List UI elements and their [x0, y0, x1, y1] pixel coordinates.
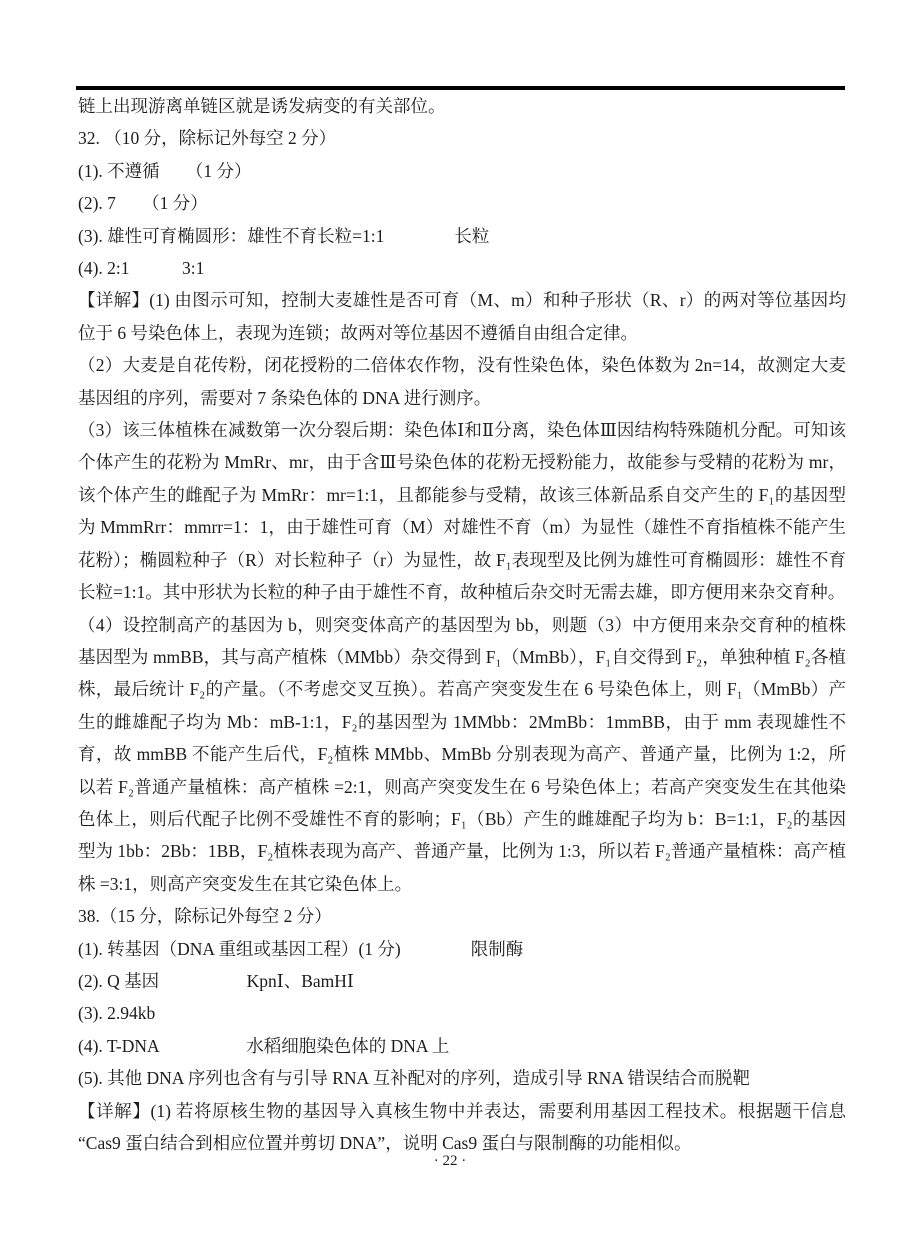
document-content: 链上出现游离单链区就是诱发病变的有关部位。 32. （10 分，除标记外每空 2… — [78, 90, 846, 1159]
document-page: 链上出现游离单链区就是诱发病变的有关部位。 32. （10 分，除标记外每空 2… — [0, 0, 900, 1246]
explanation-32-part-4: （4）设控制高产的基因为 b，则突变体高产的基因型为 bb，则题（3）中方便用来… — [78, 609, 846, 901]
explanation-32-part-1: 【详解】(1) 由图示可知，控制大麦雄性是否可育（M、m）和种子形状（R、r）的… — [78, 284, 846, 349]
answer-38-blank-2: (2). Q 基因 KpnⅠ、BamHⅠ — [78, 965, 846, 997]
answer-32-blank-4: (4). 2:1 3:1 — [78, 252, 846, 284]
answer-38-blank-5: (5). 其他 DNA 序列也含有与引导 RNA 互补配对的序列，造成引导 RN… — [78, 1062, 846, 1094]
explanation-32-part-3: （3）该三体植株在减数第一次分裂后期：染色体Ⅰ和Ⅱ分离，染色体Ⅲ因结构特殊随机分… — [78, 414, 846, 608]
answer-32-blank-1: (1). 不遵循 （1 分） — [78, 155, 846, 187]
explanation-32-part-2: （2）大麦是自花传粉，闭花授粉的二倍体农作物，没有性染色体，染色体数为 2n=1… — [78, 349, 846, 414]
answer-32-blank-3: (3). 雄性可育椭圆形：雄性不育长粒=1:1 长粒 — [78, 220, 846, 252]
carryover-text-line: 链上出现游离单链区就是诱发病变的有关部位。 — [78, 90, 846, 122]
question-38-header: 38.（15 分，除标记外每空 2 分） — [78, 900, 846, 932]
answer-38-blank-3: (3). 2.94kb — [78, 997, 846, 1029]
answer-32-blank-2: (2). 7 （1 分） — [78, 187, 846, 219]
answer-38-blank-4: (4). T-DNA 水稻细胞染色体的 DNA 上 — [78, 1030, 846, 1062]
question-32-header: 32. （10 分，除标记外每空 2 分） — [78, 122, 846, 154]
answer-38-blank-1: (1). 转基因（DNA 重组或基因工程）(1 分) 限制酶 — [78, 933, 846, 965]
page-number: · 22 · — [0, 1150, 900, 1172]
